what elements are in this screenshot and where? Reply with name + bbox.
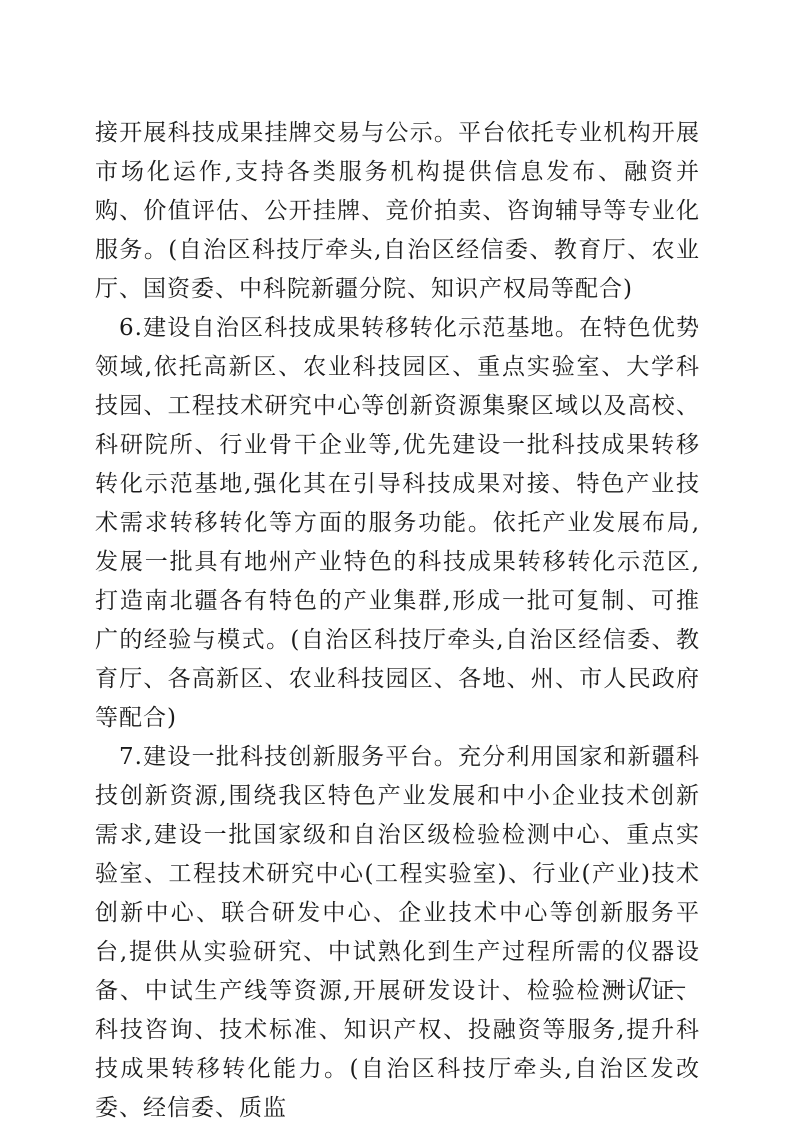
paragraph-item-6: 6.建设自治区科技成果转移转化示范基地。在特色优势领域,依托高新区、农业科技园区… xyxy=(95,309,700,738)
page-footer: — 7 — xyxy=(605,974,689,998)
document-body: 接开展科技成果挂牌交易与公示。平台依托专业机构开展市场化运作,支持各类服务机构提… xyxy=(95,114,700,1122)
document-page: 接开展科技成果挂牌交易与公示。平台依托专业机构开展市场化运作,支持各类服务机构提… xyxy=(0,0,793,1122)
paragraph-item-7: 7.建设一批科技创新服务平台。充分利用国家和新疆科技创新资源,围绕我区特色产业发… xyxy=(95,738,700,1122)
page-number: — 7 — xyxy=(605,974,689,998)
paragraph-continuation: 接开展科技成果挂牌交易与公示。平台依托专业机构开展市场化运作,支持各类服务机构提… xyxy=(95,114,700,309)
